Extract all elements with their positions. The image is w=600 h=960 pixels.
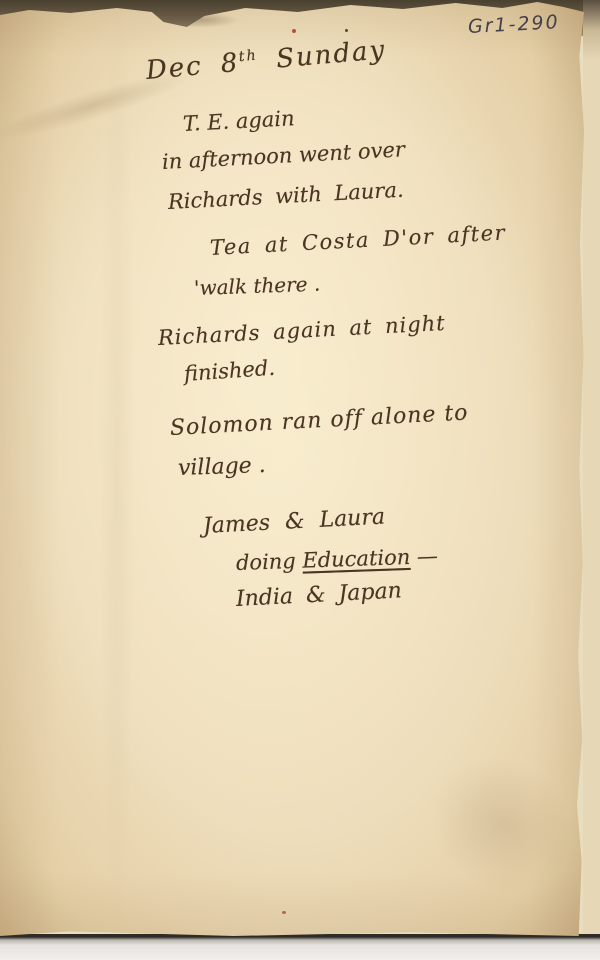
handwritten-line: Solomon ran off alone to (169, 400, 469, 441)
heading-ordinal: th (238, 48, 258, 66)
adjacent-page-edge (583, 0, 600, 936)
handwritten-line: finished. (183, 356, 276, 386)
stain-speck (345, 29, 348, 32)
handwritten-line: Tea at Costa D'or after (209, 221, 506, 260)
handwritten-line: village . (178, 453, 267, 481)
handwritten-line: 'walk there . (194, 272, 321, 300)
handwritten-line: India & Japan (235, 578, 402, 612)
line-text: — (410, 544, 439, 569)
paper-crease (100, 0, 134, 936)
handwritten-line: T. E. again (182, 106, 295, 136)
handwritten-line: Richards again at night (157, 311, 446, 350)
scan-background-bottom (0, 934, 600, 960)
underlined-word: Education (302, 545, 411, 573)
handwritten-line: doing Education — (236, 544, 439, 575)
date-heading: Dec 8th Sunday (145, 35, 388, 86)
paper-sheet: Gr1-290 Dec 8th Sunday T. E. again in af… (0, 0, 584, 936)
scanned-page: Gr1-290 Dec 8th Sunday T. E. again in af… (0, 0, 600, 960)
heading-day: Sunday (257, 35, 388, 76)
handwritten-line: Richards with Laura. (167, 178, 404, 214)
line-text: doing (236, 549, 303, 575)
stain-speck (292, 29, 296, 33)
paper-crease (404, 728, 600, 923)
paper-shading (0, 0, 584, 936)
stain-speck (282, 911, 286, 914)
heading-date: Dec 8 (145, 48, 241, 86)
handwritten-line: in afternoon went over (161, 137, 405, 174)
handwritten-line: James & Laura (202, 504, 385, 539)
archive-code: Gr1-290 (467, 11, 560, 38)
